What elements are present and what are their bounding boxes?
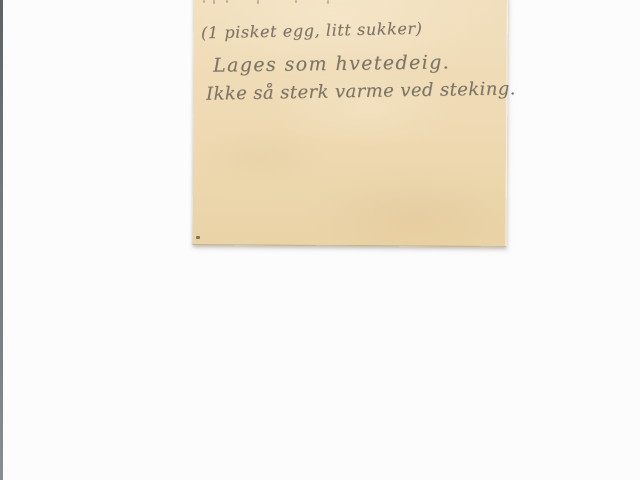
scanned-document-page: (1 pisket egg, litt sukker) Lages som hv… <box>0 0 640 480</box>
paper-corner-speck <box>196 236 200 239</box>
scanner-edge-shadow <box>0 0 3 480</box>
handwritten-line-instruction-1: Lages som hvetedeig. <box>213 51 450 76</box>
cutoff-handwriting-strokes <box>199 0 349 5</box>
